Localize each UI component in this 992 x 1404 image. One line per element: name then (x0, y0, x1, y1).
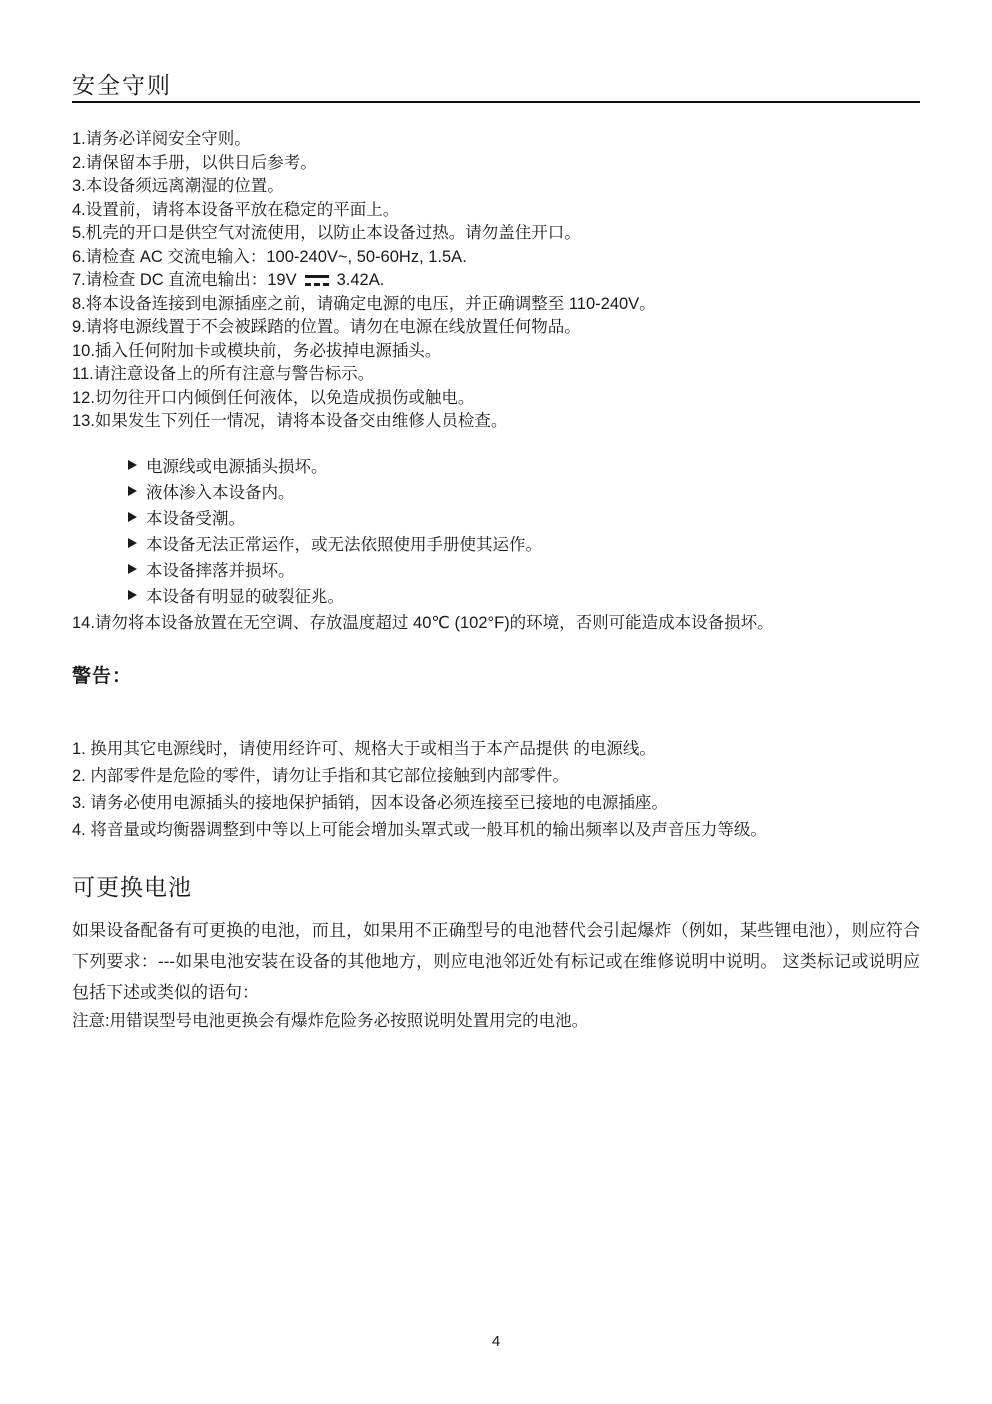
safety-rule-item-3: 3.本设备须远离潮湿的位置。 (72, 175, 920, 199)
condition-text: 本设备摔落并损坏。 (146, 562, 295, 580)
right-triangle-bullet-icon (128, 538, 137, 548)
condition-text: 本设备无法正常运作，或无法依照使用手册使其运作。 (146, 536, 542, 554)
failure-conditions-list: 电源线或电源插头损坏。 液体渗入本设备内。 本设备受潮。 本设备无法正常运作，或… (128, 454, 920, 610)
safety-rule-item-9: 9.请将电源线置于不会被踩踏的位置。请勿在电源在线放置任何物品。 (72, 316, 920, 340)
page-content: 安全守则 1.请务必详阅安全守则。 2.请保留本手册，以供日后参考。 3.本设备… (0, 73, 992, 1034)
safety-rule-item-13: 13.如果发生下列任一情况，请将本设备交由维修人员检查。 (72, 410, 920, 434)
safety-rule-item-6: 6.请检查 AC 交流电输入：100-240V~, 50-60Hz, 1.5A. (72, 246, 920, 270)
condition-text: 本设备受潮。 (146, 510, 245, 528)
warning-item-1: 1. 换用其它电源线时，请使用经许可、规格大于或相当于本产品提供 的电源线。 (72, 736, 920, 763)
dc-output-text-before: 7.请检查 DC 直流电输出：19V (72, 271, 297, 289)
right-triangle-bullet-icon (128, 590, 137, 600)
list-item: 液体渗入本设备内。 (128, 480, 920, 506)
direct-current-icon (305, 275, 329, 286)
condition-text: 电源线或电源插头损坏。 (146, 458, 328, 476)
page-number: 4 (0, 1333, 992, 1350)
safety-rule-item-1: 1.请务必详阅安全守则。 (72, 128, 920, 152)
list-item: 本设备有明显的破裂征兆。 (128, 584, 920, 610)
list-item: 本设备无法正常运作，或无法依照使用手册使其运作。 (128, 532, 920, 558)
safety-rule-item-7: 7.请检查 DC 直流电输出：19V3.42A. (72, 269, 920, 293)
safety-rule-item-12: 12.切勿往开口内倾倒任何液体，以免造成损伤或触电。 (72, 387, 920, 411)
condition-text: 本设备有明显的破裂征兆。 (146, 588, 344, 606)
right-triangle-bullet-icon (128, 564, 137, 574)
safety-rules-list: 1.请务必详阅安全守则。 2.请保留本手册，以供日后参考。 3.本设备须远离潮湿… (72, 128, 920, 434)
right-triangle-bullet-icon (128, 512, 137, 522)
safety-rule-item-5: 5.机壳的开口是供空气对流使用，以防止本设备过热。请勿盖住开口。 (72, 222, 920, 246)
right-triangle-bullet-icon (128, 460, 137, 470)
warning-item-2: 2. 内部零件是危险的零件，请勿让手指和其它部位接触到内部零件。 (72, 763, 920, 790)
safety-rule-item-11: 11.请注意设备上的所有注意与警告标示。 (72, 363, 920, 387)
safety-rule-item-14: 14.请勿将本设备放置在无空调、存放温度超过 40℃ (102°F)的环境，否则… (72, 612, 920, 636)
list-item: 电源线或电源插头损坏。 (128, 454, 920, 480)
warning-item-3: 3. 请务必使用电源插头的接地保护插销，因本设备必须连接至已接地的电源插座。 (72, 790, 920, 817)
warning-heading: 警告： (72, 665, 920, 689)
battery-note: 注意:用错误型号电池更换会有爆炸危险务必按照说明处置用完的电池。 (72, 1008, 920, 1034)
safety-rule-item-4: 4.设置前，请将本设备平放在稳定的平面上。 (72, 199, 920, 223)
warning-item-4: 4. 将音量或均衡器调整到中等以上可能会增加头罩式或一般耳机的输出频率以及声音压… (72, 817, 920, 844)
dc-output-text-after: 3.42A. (337, 271, 385, 289)
condition-text: 液体渗入本设备内。 (146, 484, 295, 502)
battery-paragraph: 如果设备配备有可更换的电池，而且，如果用不正确型号的电池替代会引起爆炸（例如，某… (72, 915, 920, 1008)
safety-rule-item-10: 10.插入任何附加卡或模块前，务必拔掉电源插头。 (72, 340, 920, 364)
document-page: 安全守则 1.请务必详阅安全守则。 2.请保留本手册，以供日后参考。 3.本设备… (0, 0, 992, 1404)
warning-list: 1. 换用其它电源线时，请使用经许可、规格大于或相当于本产品提供 的电源线。 2… (72, 736, 920, 844)
safety-rule-item-8: 8.将本设备连接到电源插座之前，请确定电源的电压，并正确调整至 110-240V… (72, 293, 920, 317)
list-item: 本设备摔落并损坏。 (128, 558, 920, 584)
right-triangle-bullet-icon (128, 486, 137, 496)
replaceable-battery-heading: 可更换电池 (72, 873, 920, 902)
safety-rule-item-2: 2.请保留本手册，以供日后参考。 (72, 152, 920, 176)
list-item: 本设备受潮。 (128, 506, 920, 532)
page-title: 安全守则 (72, 73, 920, 103)
